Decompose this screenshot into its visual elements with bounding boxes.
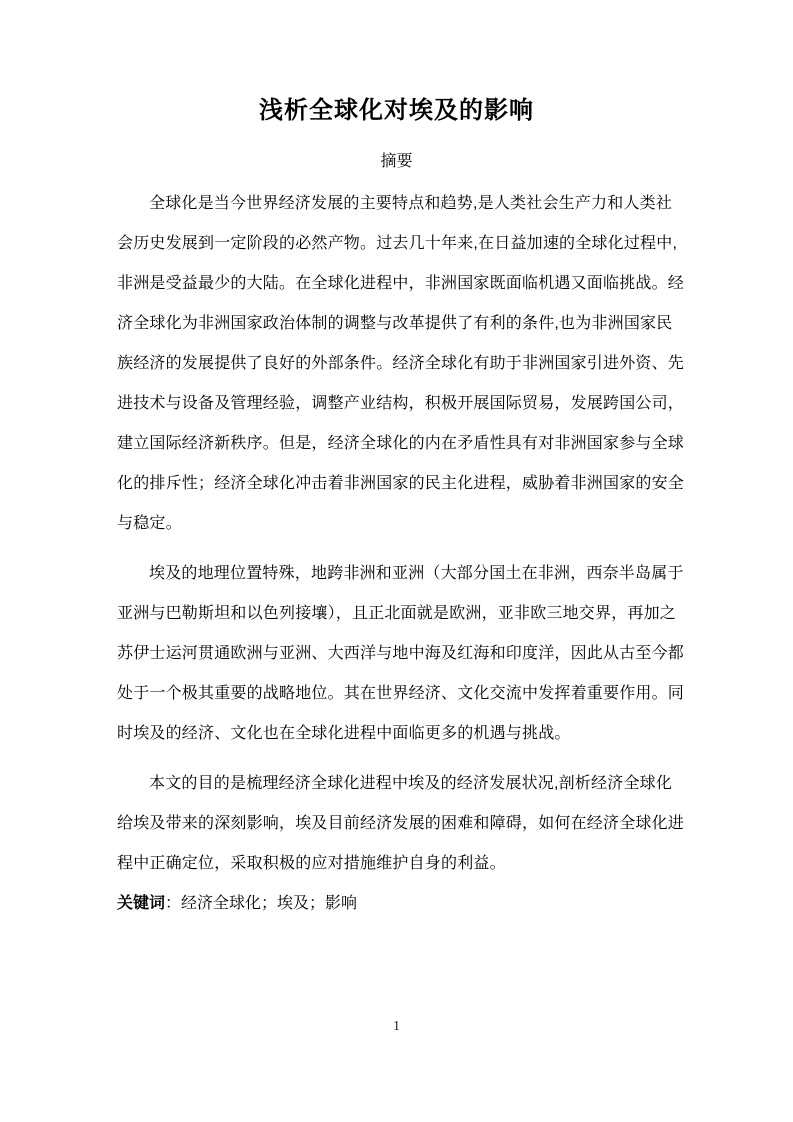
text-line: 处于一个极其重要的战略地位。其在世界经济、文化交流中发挥着重要作用。同 xyxy=(117,674,678,714)
text-line: 化的排斥性；经济全球化冲击着非洲国家的民主化进程，威胁着非洲国家的安全 xyxy=(117,464,678,504)
document-page: 浅析全球化对埃及的影响 摘要 全球化是当今世界经济发展的主要特点和趋势,是人类社… xyxy=(0,0,793,1122)
text-line: 亚洲与巴勒斯坦和以色列接壤），且正北面就是欧洲，亚非欧三地交界，再加之 xyxy=(117,594,678,634)
text-line: 会历史发展到一定阶段的必然产物。过去几十年来,在日益加速的全球化过程中, xyxy=(117,224,678,264)
keywords-text: ：经济全球化；埃及；影响 xyxy=(165,895,357,912)
abstract-heading: 摘要 xyxy=(0,152,793,172)
abstract-paragraph-1: 全球化是当今世界经济发展的主要特点和趋势,是人类社会生产力和人类社会历史发展到一… xyxy=(117,184,678,544)
text-line: 非洲是受益最少的大陆。在全球化进程中，非洲国家既面临机遇又面临挑战。经 xyxy=(117,264,678,304)
text-line: 族经济的发展提供了良好的外部条件。经济全球化有助于非洲国家引进外资、先 xyxy=(117,344,678,384)
keywords-line: 关键词：经济全球化；埃及；影响 xyxy=(117,884,678,924)
abstract-paragraph-3: 本文的目的是梳理经济全球化进程中埃及的经济发展状况,剖析经济全球化给埃及带来的深… xyxy=(117,764,678,884)
text-line: 济全球化为非洲国家政治体制的调整与改革提供了有利的条件,也为非洲国家民 xyxy=(117,304,678,344)
abstract-paragraph-2: 埃及的地理位置特殊，地跨非洲和亚洲（大部分国土在非洲，西奈半岛属于亚洲与巴勒斯坦… xyxy=(117,554,678,754)
text-line: 时埃及的经济、文化也在全球化进程中面临更多的机遇与挑战。 xyxy=(117,714,678,754)
text-line: 进技术与设备及管理经验，调整产业结构，积极开展国际贸易，发展跨国公司， xyxy=(117,384,678,424)
text-line: 给埃及带来的深刻影响，埃及目前经济发展的困难和障碍，如何在经济全球化进 xyxy=(117,804,678,844)
text-line: 本文的目的是梳理经济全球化进程中埃及的经济发展状况,剖析经济全球化 xyxy=(117,764,678,804)
page-number: 1 xyxy=(0,1018,793,1036)
paper-title: 浅析全球化对埃及的影响 xyxy=(0,0,793,126)
text-line: 与稳定。 xyxy=(117,504,678,544)
abstract-body: 全球化是当今世界经济发展的主要特点和趋势,是人类社会生产力和人类社会历史发展到一… xyxy=(117,184,678,924)
text-line: 全球化是当今世界经济发展的主要特点和趋势,是人类社会生产力和人类社 xyxy=(117,184,678,224)
keywords-label: 关键词 xyxy=(117,895,165,912)
text-line: 苏伊士运河贯通欧洲与亚洲、大西洋与地中海及红海和印度洋，因此从古至今都 xyxy=(117,634,678,674)
text-line: 建立国际经济新秩序。但是，经济全球化的内在矛盾性具有对非洲国家参与全球 xyxy=(117,424,678,464)
text-line: 埃及的地理位置特殊，地跨非洲和亚洲（大部分国土在非洲，西奈半岛属于 xyxy=(117,554,678,594)
text-line: 程中正确定位，采取积极的应对措施维护自身的利益。 xyxy=(117,844,678,884)
